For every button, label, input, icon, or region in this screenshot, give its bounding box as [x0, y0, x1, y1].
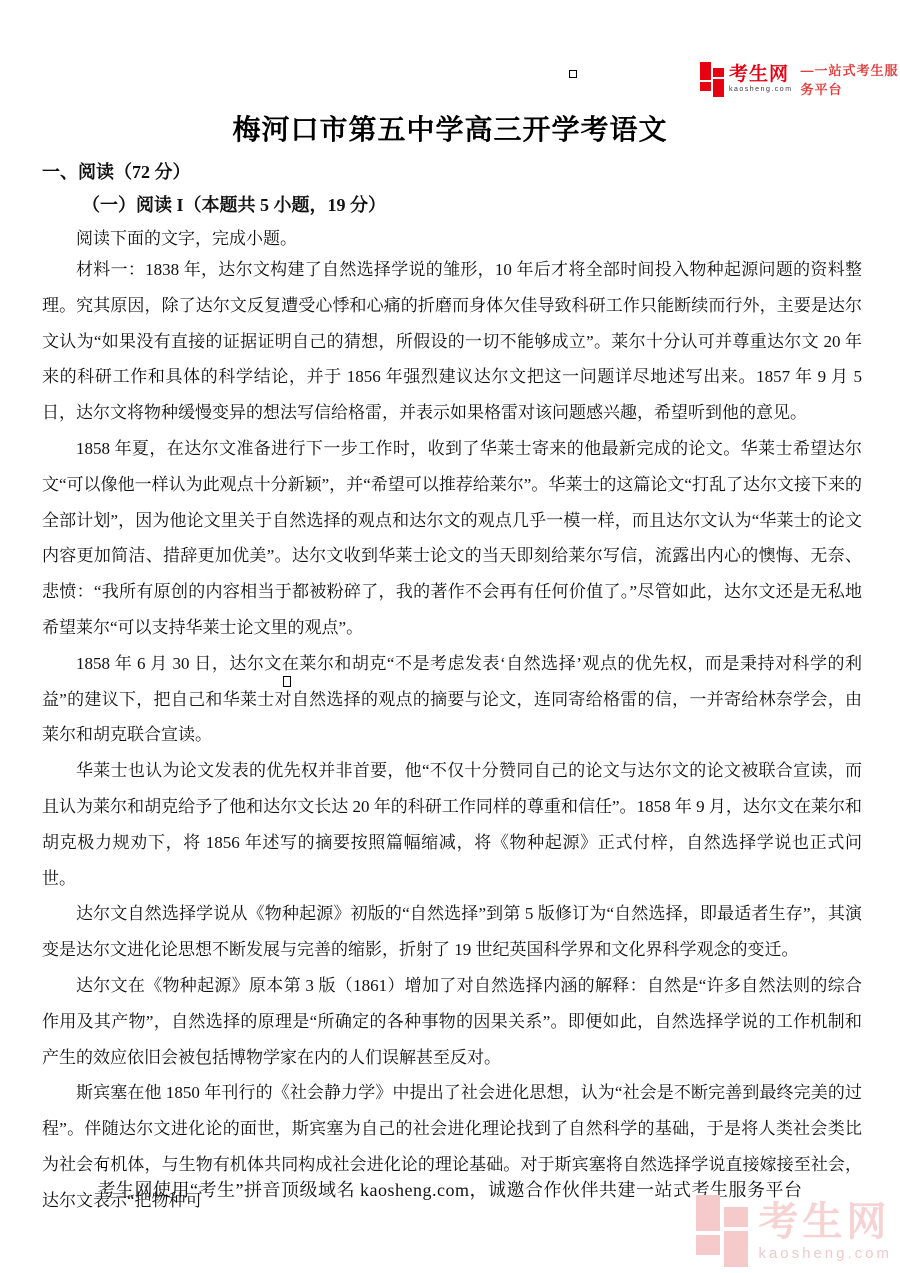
passage-paragraph: 华莱士也认为论文发表的优先权并非首要，他“不仅十分赞同自己的论文与达尔文的论文被…: [42, 753, 862, 896]
page-title: 梅河口市第五中学高三开学考语文: [0, 108, 900, 148]
logo-wordmark: 考生网 kaosheng.com: [729, 65, 793, 93]
passage-paragraph: 1858 年夏，在达尔文准备进行下一步工作时，收到了华莱士寄来的他最新完成的论文…: [42, 431, 862, 646]
watermark-wordmark: 考生网 kaosheng.com: [758, 1202, 892, 1261]
logo-block: [700, 82, 711, 91]
document-body: 一、阅读（72 分） （一）阅读 I（本题共 5 小题，19 分） 阅读下面的文…: [42, 160, 862, 1219]
section-heading-reading: 一、阅读（72 分）: [42, 160, 862, 184]
watermark-icon-right-column: [724, 1195, 748, 1267]
logo-block: [713, 79, 724, 97]
kaosheng-watermark: 考生网 kaosheng.com: [696, 1195, 892, 1267]
watermark-icon-left-column: [696, 1195, 720, 1267]
logo-icon-right-column: [713, 62, 724, 97]
tofu-box-glyph-footer: [101, 1161, 107, 1168]
tofu-box-glyph-mid: [283, 676, 291, 687]
passage-paragraph: 1858 年 6 月 30 日，达尔文在莱尔和胡克“不是考虑发表‘自然选择’观点…: [42, 646, 862, 753]
watermark-block: [696, 1195, 720, 1231]
tofu-box-glyph-top: [569, 70, 577, 78]
logo-block: [700, 62, 711, 80]
watermark-block: [724, 1207, 748, 1227]
logo-brand-text: 考生网: [729, 65, 793, 84]
passage-paragraph: 达尔文在《物种起源》原本第 3 版（1861）增加了对自然选择内涵的解释：自然是…: [42, 968, 862, 1075]
kaosheng-logo: 考生网 kaosheng.com —一站式考生服务平台: [700, 60, 900, 98]
logo-block: [713, 68, 724, 77]
logo-domain-text: kaosheng.com: [729, 86, 793, 93]
instruction-line: 阅读下面的文字，完成小题。: [42, 226, 862, 252]
watermark-block: [724, 1231, 748, 1267]
watermark-domain-text: kaosheng.com: [758, 1246, 892, 1261]
kaosheng-logo-icon: [700, 62, 724, 97]
watermark-logo-icon: [696, 1195, 748, 1267]
subsection-heading-reading-1: （一）阅读 I（本题共 5 小题，19 分）: [42, 193, 862, 217]
logo-tagline: —一站式考生服务平台: [801, 60, 900, 98]
watermark-block: [696, 1235, 720, 1255]
passage-paragraph: 达尔文自然选择学说从《物种起源》初版的“自然选择”到第 5 版修订为“自然选择，…: [42, 896, 862, 968]
logo-icon-left-column: [700, 62, 711, 97]
reading-passage: 材料一：1838 年，达尔文构建了自然选择学说的雏形，10 年后才将全部时间投入…: [42, 252, 862, 1219]
passage-paragraph: 材料一：1838 年，达尔文构建了自然选择学说的雏形，10 年后才将全部时间投入…: [42, 252, 862, 431]
watermark-brand-text: 考生网: [758, 1202, 892, 1242]
